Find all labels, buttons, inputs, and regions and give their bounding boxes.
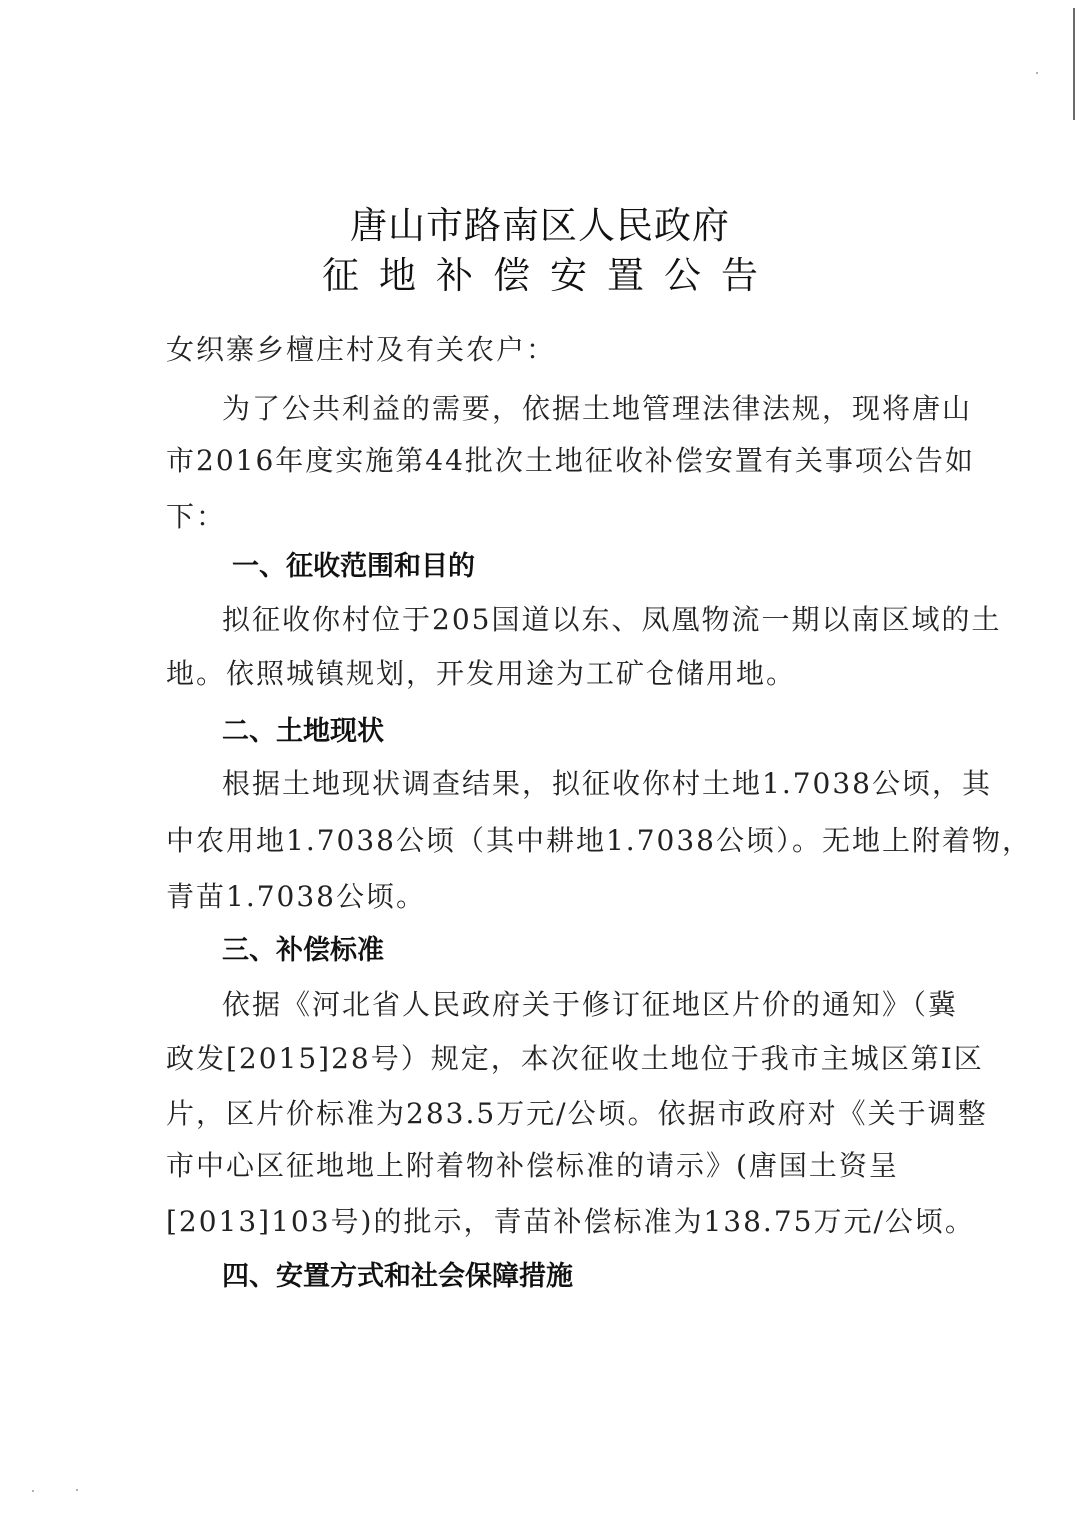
scan-speck — [1036, 72, 1038, 74]
section-heading-2: 二、土地现状 — [222, 715, 384, 749]
section-1-line: 地。依照城镇规划，开发用途为工矿仓储用地。 — [166, 657, 796, 691]
title-issuer: 唐山市路南区人民政府 — [0, 195, 1080, 249]
scan-edge-line — [1073, 8, 1075, 120]
intro-line: 为了公共利益的需要，依据土地管理法律法规，现将唐山 — [222, 392, 972, 426]
section-heading-1: 一、征收范围和目的 — [232, 550, 475, 584]
section-heading-4: 四、安置方式和社会保障措施 — [222, 1260, 573, 1294]
section-2-line: 根据土地现状调查结果，拟征收你村土地1.7038公顷，其 — [222, 767, 992, 801]
section-3-line: [2013]103号)的批示，青苗补偿标准为138.75万元/公顷。 — [166, 1205, 975, 1239]
section-3-line: 片，区片价标准为283.5万元/公顷。依据市政府对《关于调整 — [166, 1097, 988, 1131]
title-notice: 征地补偿安置公告 — [0, 245, 1080, 299]
section-1-line: 拟征收你村位于205国道以东、凤凰物流一期以南区域的土 — [222, 603, 1001, 637]
section-3-line: 市中心区征地地上附着物补偿标准的请示》(唐国土资呈 — [166, 1149, 899, 1183]
intro-line: 下： — [166, 500, 226, 534]
section-3-line: 政发[2015]28号）规定，本次征收土地位于我市主城区第Ⅰ区 — [166, 1042, 984, 1076]
section-heading-3: 三、补偿标准 — [222, 934, 384, 968]
section-2-line: 青苗1.7038公顷。 — [166, 880, 426, 914]
intro-line: 市2016年度实施第44批次土地征收补偿安置有关事项公告如 — [166, 444, 975, 478]
scan-speck — [32, 1490, 34, 1492]
salutation: 女织寨乡檀庄村及有关农户： — [166, 333, 556, 367]
section-3-line: 依据《河北省人民政府关于修订征地区片价的通知》（冀 — [222, 988, 958, 1022]
section-2-line: 中农用地1.7038公顷（其中耕地1.7038公顷）。无地上附着物， — [166, 824, 1032, 858]
scan-speck — [76, 1489, 78, 1491]
